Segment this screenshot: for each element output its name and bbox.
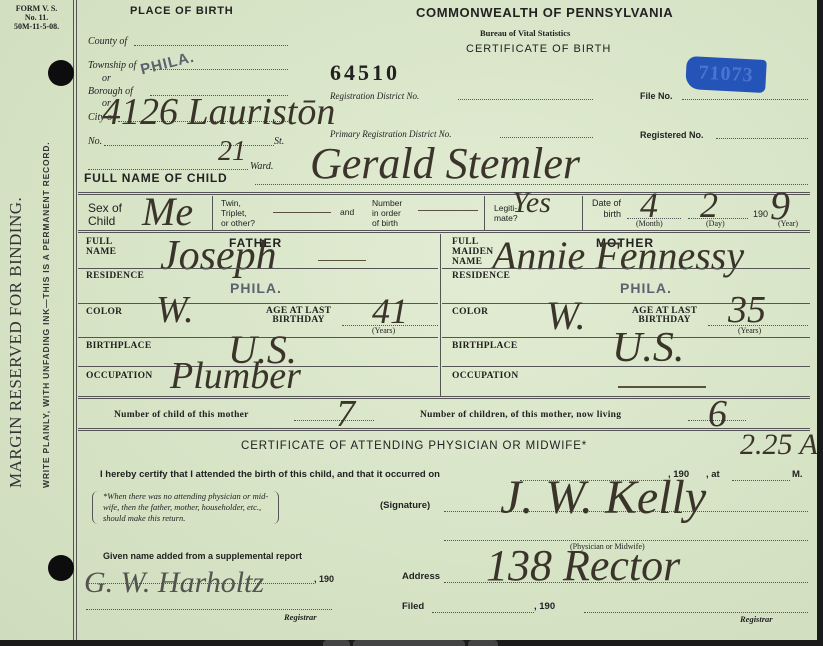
divider-physician <box>78 428 810 431</box>
filed-registrar-line <box>584 612 808 613</box>
filed-label: Filed <box>402 601 424 612</box>
order-label-line3: of birth <box>372 218 402 228</box>
sex-divider <box>212 196 213 230</box>
father-name-label: FULL NAME <box>86 237 116 257</box>
divider-children <box>78 396 810 399</box>
number-of-child-line <box>294 420 374 421</box>
dob-year-prefix: 190 <box>753 209 768 219</box>
number-of-child-label: Number of child of this mother <box>114 410 249 420</box>
footnote-line3: should make this return. <box>103 513 268 524</box>
mother-row-line-1 <box>442 268 810 269</box>
month-caption: (Month) <box>636 219 663 228</box>
day-caption: (Day) <box>706 219 725 228</box>
order-label-line2: in order <box>372 208 402 218</box>
at-label: , at <box>706 469 720 480</box>
birth-time-handwritten: 2.25 A <box>740 428 817 462</box>
address-label: Address <box>402 571 440 582</box>
footnote-line1: *When there was no attending physician o… <box>103 491 268 502</box>
mother-years-caption: (Years) <box>738 326 761 335</box>
street-address-handwritten: 4126 Lauristōn <box>102 90 335 134</box>
form-code-line1: FORM V. S. <box>14 4 59 13</box>
physician-signature: J. W. Kelly <box>500 470 706 525</box>
commonwealth-heading: COMMONWEALTH OF PENNSYLVANIA <box>416 5 673 20</box>
registration-district-label: Registration District No. <box>330 91 419 101</box>
form-code-line3: 50M-11-5-08. <box>14 22 59 31</box>
margin-reserved-text: MARGIN RESERVED FOR BINDING. <box>6 197 26 488</box>
registered-no-line <box>716 138 808 139</box>
file-no-line <box>682 99 808 100</box>
mother-birthplace: U.S. <box>612 324 684 372</box>
time-line <box>732 480 790 481</box>
and-label: and <box>340 207 354 217</box>
place-of-birth-heading: PLACE OF BIRTH <box>130 5 233 17</box>
mother-age-label: AGE AT LAST BIRTHDAY <box>632 307 697 325</box>
write-plainly-text: WRITE PLAINLY, WITH UNFADING INK—THIS IS… <box>41 142 51 488</box>
signature-label: (Signature) <box>380 500 430 511</box>
ward-label: Ward. <box>250 161 273 172</box>
ward-line <box>88 169 248 170</box>
father-age-label-line2: BIRTHDAY <box>266 316 331 325</box>
m-label: M. <box>792 469 803 480</box>
street-st-label: St. <box>274 136 284 147</box>
ward-handwritten: 21 <box>218 136 246 168</box>
child-full-name: Gerald Stemler <box>310 138 580 189</box>
full-name-label: FULL NAME OF CHILD <box>84 171 228 185</box>
city-stamp: PHILA. <box>139 49 197 79</box>
twin-label-line3: or other? <box>221 218 255 228</box>
mother-full-name: Annie Fennessy <box>492 232 744 279</box>
father-name-label-line2: NAME <box>86 247 116 257</box>
binder-hole-top <box>48 60 74 86</box>
footnote-line2: wife, then the father, mother, household… <box>103 502 268 513</box>
children-living-label: Number of children, of this mother, now … <box>420 410 621 420</box>
or-label-1: or <box>102 73 111 84</box>
certificate-title: CERTIFICATE OF BIRTH <box>466 43 611 55</box>
registrar-caption: Registrar <box>284 612 317 622</box>
parents-column-divider <box>440 234 441 396</box>
dob-label-line2: birth <box>592 209 621 220</box>
father-color-label: COLOR <box>86 307 122 317</box>
order-label: Number in order of birth <box>372 198 402 228</box>
registrar-caption-2: Registrar <box>740 614 773 624</box>
supplemental-year: , 190 <box>314 574 334 584</box>
legitimate-value: Yes <box>512 186 551 220</box>
registration-district-line <box>458 99 593 100</box>
mother-occupation-dash <box>618 386 706 388</box>
birth-certificate-page: FORM V. S. No. 11. 50M-11-5-08. MARGIN R… <box>0 0 817 640</box>
father-full-name: Joseph <box>160 232 277 280</box>
mother-color-label: COLOR <box>452 307 488 317</box>
physician-address: 138 Rector <box>486 540 680 591</box>
footnote: *When there was no attending physician o… <box>92 491 279 524</box>
mother-name-label-line2: MAIDEN <box>452 247 493 257</box>
order-dash <box>418 210 478 211</box>
sex-value: Me <box>142 188 193 235</box>
bureau-heading: Bureau of Vital Statistics <box>480 28 570 38</box>
registrar-signature: G. W. Harholtz <box>84 566 264 600</box>
mother-color: W. <box>546 292 586 339</box>
mother-name-label: FULL MAIDEN NAME <box>452 237 493 267</box>
father-occupation: Plumber <box>170 354 301 398</box>
binding-margin-line <box>73 0 74 640</box>
father-birthplace-label: BIRTHPLACE <box>86 341 151 351</box>
mother-row-line-4 <box>442 366 810 367</box>
father-years-caption: (Years) <box>372 326 395 335</box>
order-label-line1: Number <box>372 198 402 208</box>
twin-dash <box>273 212 331 213</box>
registration-number: 64510 <box>330 60 400 86</box>
given-name-label: Given name added from a supplemental rep… <box>103 551 302 561</box>
street-line <box>104 145 274 146</box>
certify-text: I hereby certify that I attended the bir… <box>100 469 440 480</box>
sex-label-line2: Child <box>88 215 122 228</box>
mother-residence-stamp: PHILA. <box>620 280 672 296</box>
dob-label: Date of birth <box>592 198 621 220</box>
mother-name-label-line1: FULL <box>452 237 493 247</box>
twin-label-line2: Triplet, <box>221 208 255 218</box>
file-no-label: File No. <box>640 91 673 101</box>
year-caption: (Year) <box>778 219 798 228</box>
father-residence-label: RESIDENCE <box>86 271 144 281</box>
binding-margin-line-2 <box>76 0 77 640</box>
father-name-label-line1: FULL <box>86 237 116 247</box>
street-no-label: No. <box>88 136 102 147</box>
father-residence-stamp: PHILA. <box>230 280 282 296</box>
registrar-line <box>86 609 332 610</box>
mother-birthplace-label: BIRTHPLACE <box>452 341 517 351</box>
father-color: W. <box>156 288 194 332</box>
legitimate-divider <box>582 196 583 230</box>
twin-label: Twin, Triplet, or other? <box>221 198 255 228</box>
twin-label-line1: Twin, <box>221 198 255 208</box>
sex-label: Sex of Child <box>88 202 122 228</box>
form-code-line2: No. 11. <box>14 13 59 22</box>
filed-line <box>432 612 534 613</box>
physician-heading: CERTIFICATE OF ATTENDING PHYSICIAN OR MI… <box>241 440 587 452</box>
viewer-tab-3[interactable] <box>468 640 498 646</box>
binder-hole-bottom <box>48 555 74 581</box>
registered-no-label: Registered No. <box>640 130 704 140</box>
father-age-label: AGE AT LAST BIRTHDAY <box>266 307 331 325</box>
viewer-tab-2[interactable] <box>353 640 465 646</box>
mother-occupation-label: OCCUPATION <box>452 371 519 381</box>
father-occupation-label: OCCUPATION <box>86 371 153 381</box>
mother-name-label-line3: NAME <box>452 257 493 267</box>
filed-year: , 190 <box>534 601 555 612</box>
father-name-dash <box>318 260 366 261</box>
county-line <box>134 45 288 46</box>
file-no-stamp: 71073 <box>685 56 767 93</box>
township-label: Township of <box>88 60 136 71</box>
order-divider <box>484 196 485 230</box>
county-label: County of <box>88 36 127 47</box>
father-row-line-1 <box>78 268 438 269</box>
viewer-tab-1[interactable] <box>323 640 350 646</box>
form-code: FORM V. S. No. 11. 50M-11-5-08. <box>14 4 59 31</box>
mother-residence-label: RESIDENCE <box>452 271 510 281</box>
dob-label-line1: Date of <box>592 198 621 209</box>
